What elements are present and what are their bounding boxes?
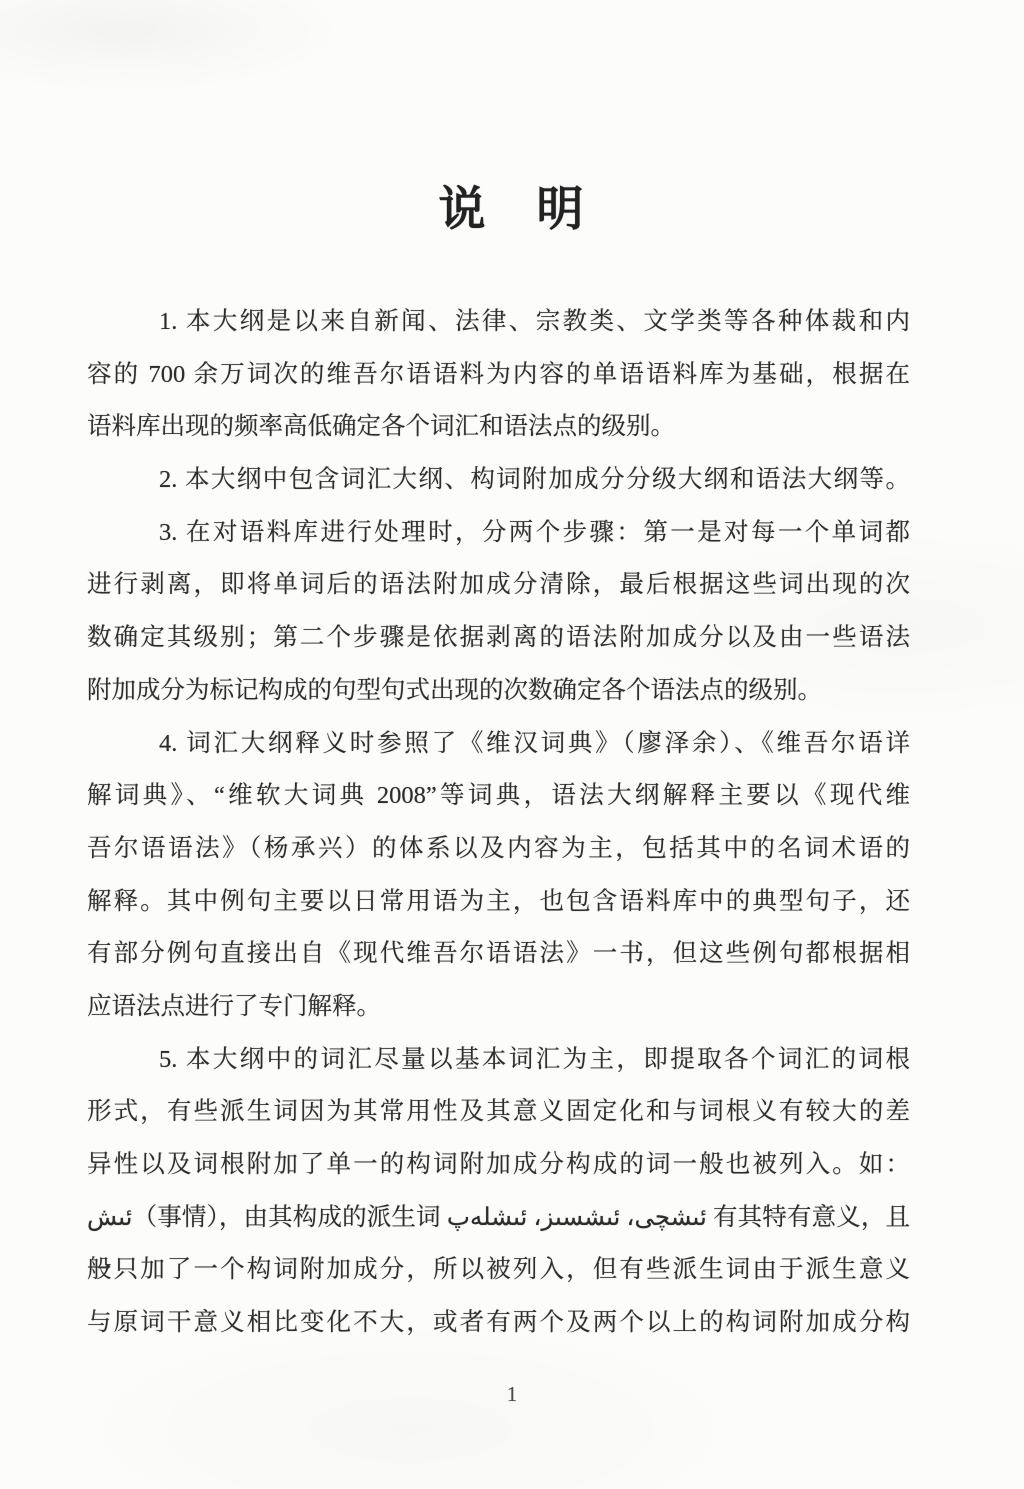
text-line: 应语法点进行了专门解释。 [87, 981, 910, 1034]
text-line: 般只加了一个构词附加成分，所以被列入，但有些派生词由于派生意义 [87, 1244, 910, 1297]
text-line: 附加成分为标记构成的句型句式出现的次数确定各个语法点的级别。 [87, 665, 910, 718]
document-body: 1. 本大纲是以来自新闻、法律、宗教类、文学类等各种体裁和内容的 700 余万词… [87, 296, 910, 1350]
text-line: 1. 本大纲是以来自新闻、法律、宗教类、文学类等各种体裁和内 [87, 296, 910, 349]
document-page: 说 明 1. 本大纲是以来自新闻、法律、宗教类、文学类等各种体裁和内容的 700… [0, 0, 1024, 1489]
text-line: 吾尔语语法》（杨承兴）的体系以及内容为主，包括其中的名词术语的 [87, 823, 910, 876]
text-line: 形式，有些派生词因为其常用性及其意义固定化和与词根义有较大的差 [87, 1086, 910, 1139]
text-line: 进行剥离，即将单词后的语法附加成分清除，最后根据这些词出现的次 [87, 559, 910, 612]
text-line: 语料库出现的频率高低确定各个词汇和语法点的级别。 [87, 401, 910, 454]
text-line: 3. 在对语料库进行处理时，分两个步骤：第一是对每一个单词都 [87, 507, 910, 560]
page-title: 说 明 [0, 172, 1024, 239]
text-line: 2. 本大纲中包含词汇大纲、构词附加成分分级大纲和语法大纲等。 [87, 454, 910, 507]
text-line: 解词典》、“维软大词典 2008”等词典，语法大纲解释主要以《现代维 [87, 770, 910, 823]
text-line: 有部分例句直接出自《现代维吾尔语语法》一书，但这些例句都根据相 [87, 928, 910, 981]
text-line: 解释。其中例句主要以日常用语为主，也包含语料库中的典型句子，还 [87, 876, 910, 929]
text-line: 容的 700 余万词次的维吾尔语语料为内容的单语语料库为基础，根据在 [87, 349, 910, 402]
text-line: 4. 词汇大纲释义时参照了《维汉词典》（廖泽余）、《维吾尔语详 [87, 718, 910, 771]
text-line: 与原词干意义相比变化不大，或者有两个及两个以上的构词附加成分构 [87, 1297, 910, 1350]
text-line: 5. 本大纲中的词汇尽量以基本词汇为主，即提取各个词汇的词根 [87, 1034, 910, 1087]
page-number: 1 [0, 1382, 1024, 1407]
text-line: 数确定其级别；第二个步骤是依据剥离的语法附加成分以及由一些语法 [87, 612, 910, 665]
text-line: 异性以及词根附加了单一的构词附加成分构成的词一般也被列入。如： [87, 1139, 910, 1192]
text-line: ئىش（事情），由其构成的派生词 ئىشچى، ئىشسىز، ئىشلەپ 有… [87, 1192, 910, 1245]
